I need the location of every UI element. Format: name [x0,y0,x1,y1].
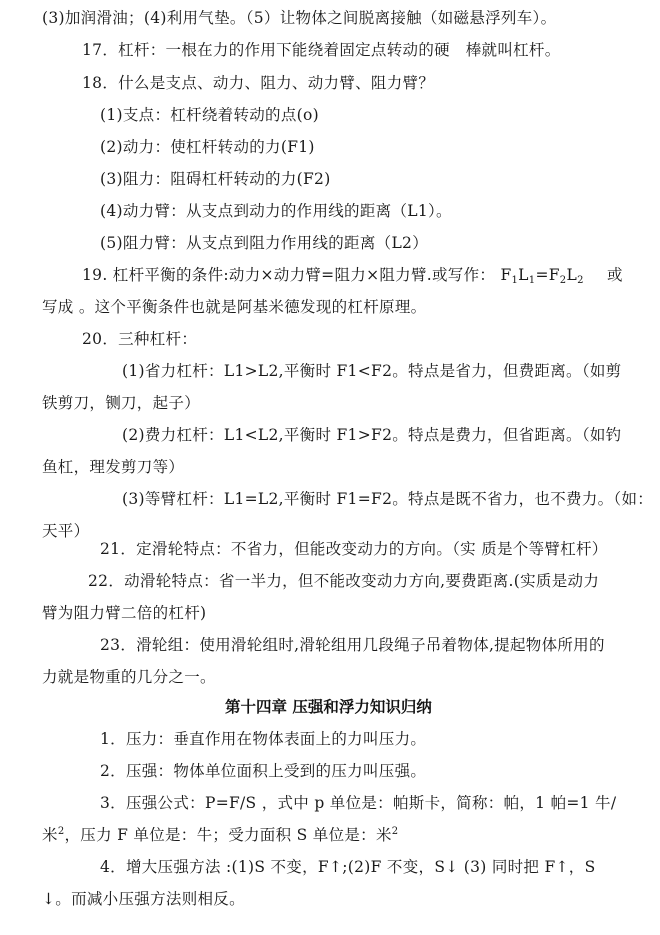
item-2-pressure: 2．压强：物体单位面积上受到的压力叫压强。 [100,761,426,781]
term-resistance-arm: (5)阻力臂：从支点到阻力作用线的距离（L2） [100,233,428,253]
item-3-continuation: 米2，压力 F 单位是：牛；受力面积 S 单位是：米2 [42,825,398,845]
item-4-continuation: ↓。而减小压强方法则相反。 [42,889,245,909]
item-3-pressure-formula: 3．压强公式：P=F/S ，式中 p 单位是：帕斯卡，简称：帕，1 帕=1 牛/ [100,793,616,813]
chapter-heading: 第十四章 压强和浮力知识归纳 [225,697,432,717]
term-fulcrum: (1)支点：杠杆绕着转动的点(o) [100,105,319,125]
item-21-fixed-pulley: 21．定滑轮特点：不省力，但能改变动力的方向。（实 质是个等臂杠杆） [100,539,608,559]
lever-type-force-saving-cont: 铁剪刀，铡刀，起子） [42,393,200,413]
text-line-lubrication: (3)加润滑油；(4)利用气垫。（5）让物体之间脱离接触（如磁悬浮列车）。 [42,8,556,28]
term-effort-arm: (4)动力臂：从支点到动力的作用线的距离（L1）。 [100,201,452,221]
lever-type-force-costing: (2)费力杠杆：L1<L2,平衡时 F1>F2。特点是费力，但省距离。（如钓 [122,425,621,445]
item-4-increase-pressure: 4．增大压强方法 :(1)S 不变，F↑;(2)F 不变，S↓ (3) 同时把 … [100,857,596,877]
item-23-pulley-block: 23．滑轮组：使用滑轮组时,滑轮组用几段绳子吊着物体,提起物体所用的 [100,635,605,655]
lever-type-force-saving: (1)省力杠杆：L1>L2,平衡时 F1<F2。特点是省力，但费距离。（如剪 [122,361,621,381]
item-17-lever-definition: 17．杠杆：一根在力的作用下能绕着固定点转动的硬 棒就叫杠杆。 [82,40,561,60]
item-23-continuation: 力就是物重的几分之一。 [42,667,216,687]
item-18-lever-terms: 18．什么是支点、动力、阻力、动力臂、阻力臂？ [82,73,434,93]
item-22-movable-pulley: 22．动滑轮特点：省一半力，但不能改变动力方向,要费距离.(实质是动力 [88,571,599,591]
item-22-continuation: 臂为阻力臂二倍的杠杆) [42,603,206,623]
item-20-three-levers: 20．三种杠杆： [82,329,197,349]
lever-type-equal-arm: (3)等臂杠杆：L1=L2,平衡时 F1=F2。特点是既不省力，也不费力。（如： [122,489,653,509]
lever-type-force-costing-cont: 鱼杠，理发剪刀等） [42,457,184,477]
term-effort: (2)动力：使杠杆转动的力(F1) [100,137,315,157]
term-resistance: (3)阻力：阻碍杠杆转动的力(F2) [100,169,331,189]
lever-type-equal-arm-cont: 天平） [42,521,89,541]
balance-condition-text: 19. 杠杆平衡的条件:动力×动力臂=阻力×阻力臂.或写作： [82,266,495,284]
item-19-continuation: 写成 。这个平衡条件也就是阿基米德发现的杠杆原理。 [42,297,426,317]
item-1-pressure-force: 1．压力：垂直作用在物体表面上的力叫压力。 [100,729,426,749]
balance-formula: F1L1=F2L2 [500,266,583,284]
item-19-balance-condition: 19. 杠杆平衡的条件:动力×动力臂=阻力×阻力臂.或写作： F1L1=F2L2… [82,265,623,285]
